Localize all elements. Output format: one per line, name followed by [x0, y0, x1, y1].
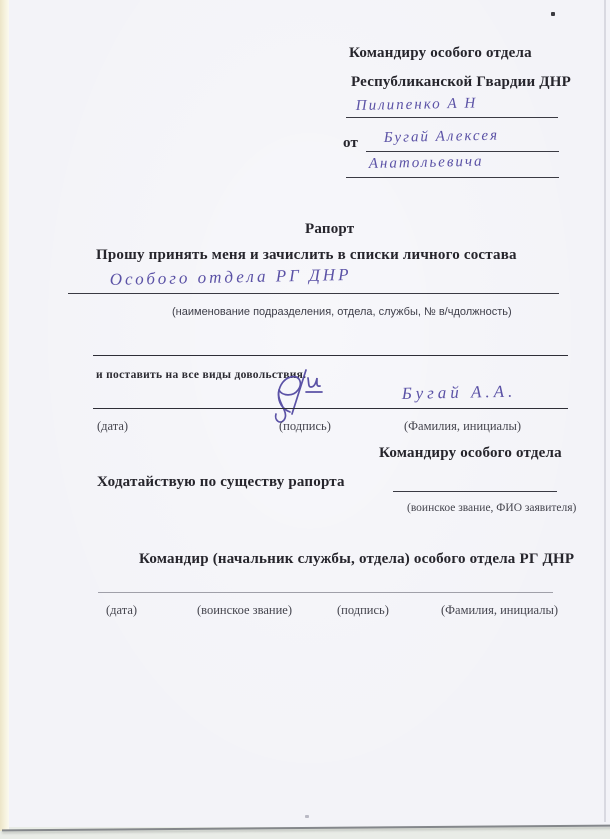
unit-rule [68, 293, 559, 294]
signature-rule [93, 408, 568, 409]
paper-right-edge [604, 0, 606, 822]
endorsement-addressee: Командиру особого отдела [379, 445, 562, 462]
handwritten-signature [266, 368, 338, 426]
label-sign-2: (подпись) [337, 603, 389, 618]
header-rule-1 [346, 117, 558, 118]
signature-name-handwritten: Бугай А.А. [402, 382, 517, 404]
commander-rule [98, 592, 553, 593]
petition-fill-line [393, 491, 557, 492]
header-rule-2 [366, 151, 559, 152]
continuation-rule [93, 355, 568, 356]
label-rank-2: (воинское звание) [197, 603, 292, 618]
document-title: Рапорт [305, 221, 354, 238]
endorsement-caption: (воинское звание, ФИО заявителя) [407, 502, 576, 514]
label-date-2: (дата) [106, 603, 137, 618]
request-line: Прошу принять меня и зачислить в списки … [96, 247, 517, 264]
from-label: от [343, 135, 358, 152]
scanner-background-strip [0, 0, 9, 831]
from-name-handwritten: Бугай Алексея [384, 128, 500, 147]
addressee-line1: Командиру особого отдела [349, 45, 532, 62]
label-date-1: (дата) [97, 419, 128, 434]
label-name-1: (Фамилия, инициалы) [404, 419, 521, 434]
header-rule-3 [346, 177, 559, 178]
ink-dot [551, 12, 555, 16]
scanned-report-page: Командиру особого отдела Республиканской… [0, 0, 610, 839]
unit-caption: (наименование подразделения, отдела, слу… [172, 306, 512, 318]
petition-line: Ходатайствую по существу рапорта [97, 474, 345, 491]
from-patronymic-handwritten: Анатольевича [369, 154, 484, 173]
label-name-2: (Фамилия, инициалы) [441, 603, 558, 618]
label-sign-1: (подпись) [279, 419, 331, 434]
addressee-line2: Республиканской Гвардии ДНР [351, 74, 571, 91]
faint-speck [305, 815, 309, 818]
commander-title-line: Командир (начальник службы, отдела) особ… [139, 551, 574, 568]
addressee-name-handwritten: Пилипенко А Н [356, 95, 478, 115]
